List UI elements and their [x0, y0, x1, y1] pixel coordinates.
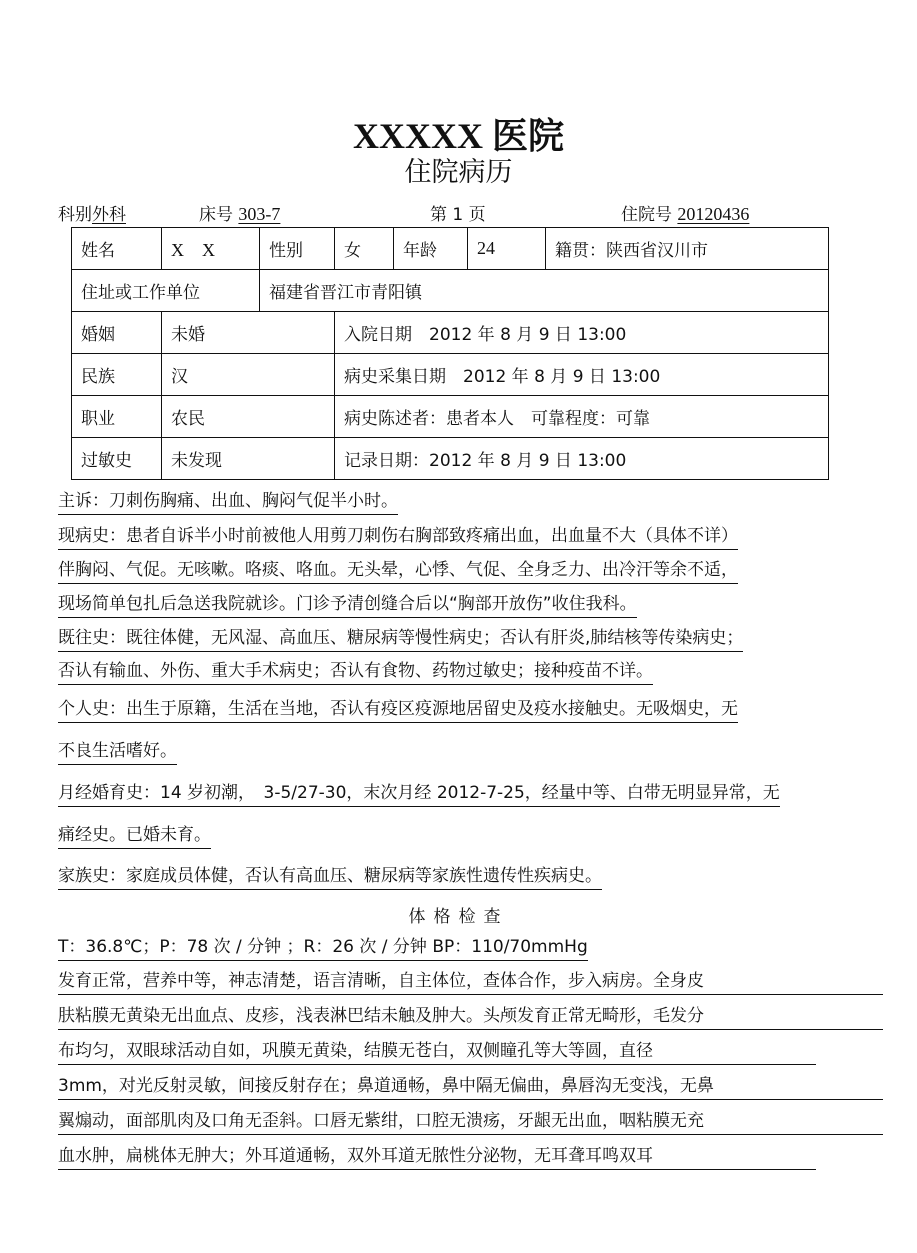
physical-exam-heading: 体格检查 — [0, 902, 917, 927]
occupation-label: 职业 — [72, 396, 162, 438]
present-illness-line: 现病史：患者自诉半小时前被他人用剪刀刺伤右胸部致疼痛出血，出血量不大（具体不详） — [58, 525, 738, 550]
present-illness-line: 现场简单包扎后急送我院就诊。门诊予清创缝合后以“胸部开放伤”收住我科。 — [58, 593, 637, 618]
department-label: 科别 — [58, 205, 92, 225]
chief-complaint: 主诉：刀刺伤胸痛、出血、胸闷气促半小时。 — [58, 490, 398, 515]
menstrual-history-line: 痛经史。已婚未育。 — [58, 824, 211, 849]
history-narrator: 病史陈述者：患者本人 可靠程度：可靠 — [335, 396, 829, 438]
sex-label: 性别 — [260, 228, 335, 270]
patient-info-table: 姓名 X X 性别 女 年龄 24 籍贯：陕西省汉川市 住址或工作单位 福建省晋… — [71, 227, 829, 480]
ethnicity-value: 汉 — [162, 354, 335, 396]
present-illness-line: 伴胸闷、气促。无咳嗽。咯痰、咯血。无头晕，心悸、气促、全身乏力、出冷汗等余不适， — [58, 559, 738, 584]
table-row: 民族 汉 病史采集日期 2012 年 8 月 9 日 13:00 — [72, 354, 829, 396]
bed-label: 床号 — [199, 205, 238, 225]
department-field: 科别外科 — [58, 200, 126, 225]
department-value: 外科 — [92, 205, 126, 225]
admission-number-field: 住院号 20120436 — [621, 200, 749, 225]
bed-value: 303-7 — [238, 204, 280, 224]
table-row: 过敏史 未发现 记录日期：2012 年 8 月 9 日 13:00 — [72, 438, 829, 480]
exam-line: 布均匀，双眼球活动自如，巩膜无黄染，结膜无苍白，双侧瞳孔等大等圆，直径 — [58, 1040, 816, 1065]
name-label: 姓名 — [72, 228, 162, 270]
admission-number-value: 20120436 — [677, 204, 749, 224]
age-label: 年龄 — [394, 228, 468, 270]
native-place: 籍贯：陕西省汉川市 — [546, 228, 829, 270]
sex-value: 女 — [335, 228, 394, 270]
menstrual-history-line: 月经婚育史：14 岁初潮， 3-5/27-30，末次月经 2012-7-25，经… — [58, 782, 780, 807]
age-value: 24 — [468, 228, 546, 270]
address-value: 福建省晋江市青阳镇 — [260, 270, 829, 312]
bed-field: 床号 303-7 — [199, 200, 280, 225]
allergy-label: 过敏史 — [72, 438, 162, 480]
marriage-label: 婚姻 — [72, 312, 162, 354]
record-date: 记录日期：2012 年 8 月 9 日 13:00 — [335, 438, 829, 480]
table-row: 职业 农民 病史陈述者：患者本人 可靠程度：可靠 — [72, 396, 829, 438]
exam-line: 发育正常，营养中等，神志清楚，语言清晰，自主体位，查体合作，步入病房。全身皮 — [58, 970, 883, 995]
personal-history-line: 不良生活嗜好。 — [58, 740, 177, 765]
exam-line: 3mm，对光反射灵敏，间接反射存在；鼻道通畅，鼻中隔无偏曲，鼻唇沟无变浅，无鼻 — [58, 1075, 883, 1100]
exam-line: 翼煽动，面部肌肉及口角无歪斜。口唇无紫绀，口腔无溃疡，牙龈无出血，咽粘膜无充 — [58, 1110, 883, 1135]
marriage-value: 未婚 — [162, 312, 335, 354]
personal-history-line: 个人史：出生于原籍，生活在当地，否认有疫区疫源地居留史及疫水接触史。无吸烟史，无 — [58, 698, 738, 723]
allergy-value: 未发现 — [162, 438, 335, 480]
table-row: 姓名 X X 性别 女 年龄 24 籍贯：陕西省汉川市 — [72, 228, 829, 270]
occupation-value: 农民 — [162, 396, 335, 438]
exam-line: 肤粘膜无黄染无出血点、皮疹，浅表淋巴结未触及肿大。头颅发育正常无畸形，毛发分 — [58, 1005, 883, 1030]
document-title: 住院病历 — [0, 150, 917, 189]
family-history-line: 家族史：家庭成员体健，否认有高血压、糖尿病等家族性遗传性疾病史。 — [58, 865, 602, 890]
past-history-line: 否认有输血、外伤、重大手术病史；否认有食物、药物过敏史；接种疫苗不详。 — [58, 660, 653, 685]
page-number: 第 1 页 — [430, 200, 486, 225]
ethnicity-label: 民族 — [72, 354, 162, 396]
past-history-line: 既往史：既往体健，无风湿、高血压、糖尿病等慢性病史；否认有肝炎,肺结核等传染病史… — [58, 627, 743, 652]
table-row: 婚姻 未婚 入院日期 2012 年 8 月 9 日 13:00 — [72, 312, 829, 354]
admission-date: 入院日期 2012 年 8 月 9 日 13:00 — [335, 312, 829, 354]
name-value: X X — [162, 228, 260, 270]
vital-signs: T：36.8℃；P：78 次 / 分钟 ；R：26 次 / 分钟 BP：110/… — [58, 936, 588, 961]
history-collection-date: 病史采集日期 2012 年 8 月 9 日 13:00 — [335, 354, 829, 396]
exam-line: 血水肿，扁桃体无肿大；外耳道通畅，双外耳道无脓性分泌物，无耳聋耳鸣双耳 — [58, 1145, 816, 1170]
admission-number-label: 住院号 — [621, 205, 677, 225]
address-label: 住址或工作单位 — [72, 270, 260, 312]
table-row: 住址或工作单位 福建省晋江市青阳镇 — [72, 270, 829, 312]
